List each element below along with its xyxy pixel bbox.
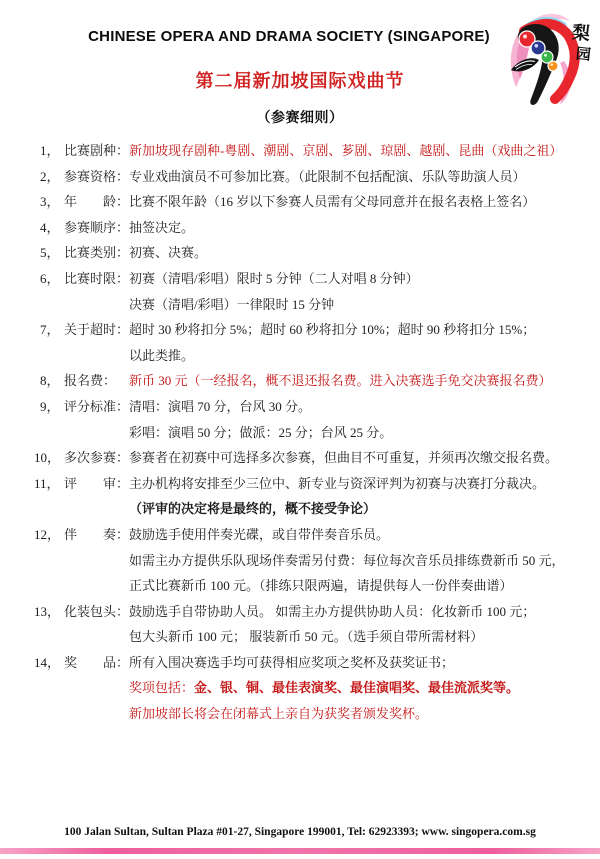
- rule-content-line: 新加坡部长将会在闭幕式上亲自为获奖者颁发奖杯。: [129, 701, 594, 727]
- rule-label: 伴 奏：: [64, 522, 129, 548]
- rule-item: 12，伴 奏：鼓励选手使用伴奏光碟，或自带伴奏音乐员。如需主办方提供乐队现场伴奏…: [34, 522, 594, 599]
- rule-label: 比赛剧种：: [64, 138, 129, 164]
- rule-content-line: 包大头新币 100 元； 服装新币 50 元。（选手须自带所需材料）: [129, 624, 594, 650]
- rule-label: 评分标准：: [64, 394, 129, 420]
- rule-text-segment: 初赛、决赛。: [129, 245, 207, 260]
- rule-number: 12，: [34, 522, 64, 548]
- rule-text-segment: 初赛（清唱/彩唱）限时 5 分钟（二人对唱 8 分钟）: [129, 271, 419, 286]
- rule-content-line: 所有入围决赛选手均可获得相应奖项之奖杯及获奖证书；: [129, 650, 594, 676]
- rule-content: 清唱：演唱 70 分，台风 30 分。彩唱：演唱 50 分；做派：25 分；台风…: [129, 394, 594, 445]
- rule-text-segment: 鼓励选手使用伴奏光碟，或自带伴奏音乐员。: [129, 527, 389, 542]
- rule-number: 9，: [34, 394, 64, 420]
- rule-text-segment: 新加坡现存剧种-粤剧、潮剧、京剧、芗剧、琼剧、越剧、昆曲（戏曲之祖）: [129, 143, 562, 158]
- rule-content-line: 鼓励选手自带协助人员。 如需主办方提供协助人员：化妆新币 100 元；: [129, 599, 594, 625]
- rule-number: 14，: [34, 650, 64, 676]
- rule-content: 新加坡现存剧种-粤剧、潮剧、京剧、芗剧、琼剧、越剧、昆曲（戏曲之祖）: [129, 138, 594, 164]
- rule-text-segment: 专业戏曲演员不可参加比赛。（此限制不包括配演、乐队等助演人员）: [129, 169, 526, 184]
- rule-number: 13，: [34, 599, 64, 625]
- rule-number: 7，: [34, 317, 64, 343]
- rule-text-segment: 金、银、铜、最佳表演奖、最佳演唱奖、最佳流派奖等。: [194, 680, 519, 695]
- rule-number: 8，: [34, 368, 64, 394]
- rule-text-segment: 新加坡部长将会在闭幕式上亲自为获奖者颁发奖杯。: [129, 706, 428, 721]
- rule-label: 年 龄：: [64, 189, 129, 215]
- rule-text-segment: 奖项包括：: [129, 680, 194, 695]
- rule-text-segment: 抽签决定。: [129, 220, 194, 235]
- pink-bottom-bar: [0, 848, 600, 854]
- rule-content: 参赛者在初赛中可选择多次参赛，但曲目不可重复，并须再次缴交报名费。: [129, 445, 594, 471]
- rules-list: 1，比赛剧种：新加坡现存剧种-粤剧、潮剧、京剧、芗剧、琼剧、越剧、昆曲（戏曲之祖…: [34, 138, 594, 727]
- society-name-heading: CHINESE OPERA AND DRAMA SOCIETY (SINGAPO…: [0, 28, 578, 45]
- rule-content-line: 抽签决定。: [129, 215, 594, 241]
- rules-subtitle: （参赛细则）: [0, 107, 600, 127]
- footer-address: 100 Jalan Sultan, Sultan Plaza #01-27, S…: [0, 826, 600, 838]
- rule-text-segment: 新币 30 元（一经报名，概不退还报名费。进入决赛选手免交决赛报名费）: [116, 373, 552, 388]
- rule-content-line: 清唱：演唱 70 分，台风 30 分。: [129, 394, 594, 420]
- rule-text-segment: 参赛者在初赛中可选择多次参赛，但曲目不可重复，并须再次缴交报名费。: [129, 450, 558, 465]
- rule-content-line: 新币 30 元（一经报名，概不退还报名费。进入决赛选手免交决赛报名费）: [116, 368, 594, 394]
- rule-label: 化装包头：: [64, 599, 129, 625]
- rule-item: 8，报名费： 新币 30 元（一经报名，概不退还报名费。进入决赛选手免交决赛报名…: [34, 368, 594, 394]
- festival-title: 第二届新加坡国际戏曲节: [0, 67, 600, 93]
- rule-item: 13，化装包头：鼓励选手自带协助人员。 如需主办方提供协助人员：化妆新币 100…: [34, 599, 594, 650]
- rule-content-line: 初赛（清唱/彩唱）限时 5 分钟（二人对唱 8 分钟）: [129, 266, 594, 292]
- rule-label: 关于超时：: [64, 317, 129, 343]
- rule-label: 多次参赛：: [64, 445, 129, 471]
- rule-item: 2，参赛资格：专业戏曲演员不可参加比赛。（此限制不包括配演、乐队等助演人员）: [34, 164, 594, 190]
- rule-content-line: 鼓励选手使用伴奏光碟，或自带伴奏音乐员。: [129, 522, 594, 548]
- rule-content-line: 初赛、决赛。: [129, 240, 594, 266]
- society-logo: 梨 园: [494, 3, 594, 118]
- rule-text-segment: 决赛（清唱/彩唱）一律限时 15 分钟: [129, 297, 334, 312]
- rule-label: 参赛顺序：: [64, 215, 129, 241]
- rule-number: 10，: [34, 445, 64, 471]
- rule-item: 5，比赛类别：初赛、决赛。: [34, 240, 594, 266]
- rule-content: 所有入围决赛选手均可获得相应奖项之奖杯及获奖证书；奖项包括：金、银、铜、最佳表演…: [129, 650, 594, 727]
- rule-item: 3，年 龄：比赛不限年龄（16 岁以下参赛人员需有父母同意并在报名表格上签名）: [34, 189, 594, 215]
- rule-content: 鼓励选手自带协助人员。 如需主办方提供协助人员：化妆新币 100 元；包大头新币…: [129, 599, 594, 650]
- rule-content: 专业戏曲演员不可参加比赛。（此限制不包括配演、乐队等助演人员）: [129, 164, 594, 190]
- rule-content: 主办机构将安排至少三位中、新专业与资深评判为初赛与决赛打分裁决。（评审的决定将是…: [129, 471, 594, 522]
- rule-content-line: 超时 30 秒将扣分 5%；超时 60 秒将扣分 10%；超时 90 秒将扣分 …: [129, 317, 594, 343]
- rule-number: 2，: [34, 164, 64, 190]
- rule-item: 9，评分标准：清唱：演唱 70 分，台风 30 分。彩唱：演唱 50 分；做派：…: [34, 394, 594, 445]
- rule-label: 参赛资格：: [64, 164, 129, 190]
- rule-content-line: 以此类推。: [129, 343, 594, 369]
- rule-text-segment: 包大头新币 100 元； 服装新币 50 元。（选手须自带所需材料）: [129, 629, 483, 644]
- rule-number: 6，: [34, 266, 64, 292]
- rule-number: 4，: [34, 215, 64, 241]
- rule-content-line: 彩唱：演唱 50 分；做派：25 分；台风 25 分。: [129, 420, 594, 446]
- liyuan-opera-butterfly-logo: 梨 园: [494, 3, 594, 118]
- rule-item: 14，奖 品：所有入围决赛选手均可获得相应奖项之奖杯及获奖证书；奖项包括：金、银…: [34, 650, 594, 727]
- rule-content-line: 新加坡现存剧种-粤剧、潮剧、京剧、芗剧、琼剧、越剧、昆曲（戏曲之祖）: [129, 138, 594, 164]
- rule-text-segment: 鼓励选手自带协助人员。 如需主办方提供协助人员：化妆新币 100 元；: [129, 604, 535, 619]
- document-page: CHINESE OPERA AND DRAMA SOCIETY (SINGAPO…: [0, 0, 600, 859]
- rule-text-segment: 彩唱：演唱 50 分；做派：25 分；台风 25 分。: [129, 425, 392, 440]
- rule-content: 新币 30 元（一经报名，概不退还报名费。进入决赛选手免交决赛报名费）: [116, 368, 594, 394]
- rule-content: 初赛（清唱/彩唱）限时 5 分钟（二人对唱 8 分钟）决赛（清唱/彩唱）一律限时…: [129, 266, 594, 317]
- logo-character-yuan: 园: [575, 45, 592, 63]
- rule-content: 超时 30 秒将扣分 5%；超时 60 秒将扣分 10%；超时 90 秒将扣分 …: [129, 317, 594, 368]
- rule-text-segment: 超时 30 秒将扣分 5%；超时 60 秒将扣分 10%；超时 90 秒将扣分 …: [129, 322, 535, 337]
- rule-text-segment: 如需主办方提供乐队现场伴奏需另付费：每位每次音乐员排练费新币 50 元，: [129, 553, 565, 568]
- rule-content-line: 奖项包括：金、银、铜、最佳表演奖、最佳演唱奖、最佳流派奖等。: [129, 675, 594, 701]
- rule-content-line: 决赛（清唱/彩唱）一律限时 15 分钟: [129, 292, 594, 318]
- rule-text-segment: 所有入围决赛选手均可获得相应奖项之奖杯及获奖证书；: [129, 655, 454, 670]
- rule-item: 7，关于超时：超时 30 秒将扣分 5%；超时 60 秒将扣分 10%；超时 9…: [34, 317, 594, 368]
- rule-content-line: 如需主办方提供乐队现场伴奏需另付费：每位每次音乐员排练费新币 50 元，: [129, 548, 594, 574]
- rule-content-line: 参赛者在初赛中可选择多次参赛，但曲目不可重复，并须再次缴交报名费。: [129, 445, 594, 471]
- rule-number: 1，: [34, 138, 64, 164]
- rule-item: 4，参赛顺序：抽签决定。: [34, 215, 594, 241]
- rule-content: 比赛不限年龄（16 岁以下参赛人员需有父母同意并在报名表格上签名）: [129, 189, 594, 215]
- rule-label: 比赛类别：: [64, 240, 129, 266]
- rule-text-segment: 正式比赛新币 100 元。（排练只限两遍，请提供每人一份伴奏曲谱）: [129, 578, 513, 593]
- rule-content: 抽签决定。: [129, 215, 594, 241]
- rule-label: 比赛时限：: [64, 266, 129, 292]
- rule-number: 5，: [34, 240, 64, 266]
- rule-text-segment: 比赛不限年龄（16 岁以下参赛人员需有父母同意并在报名表格上签名）: [129, 194, 535, 209]
- rule-label: 评 审：: [64, 471, 129, 497]
- rule-item: 11，评 审：主办机构将安排至少三位中、新专业与资深评判为初赛与决赛打分裁决。（…: [34, 471, 594, 522]
- rule-content-line: （评审的决定将是最终的，概不接受争论）: [129, 496, 594, 522]
- rule-content-line: 比赛不限年龄（16 岁以下参赛人员需有父母同意并在报名表格上签名）: [129, 189, 594, 215]
- rule-content: 初赛、决赛。: [129, 240, 594, 266]
- rule-text-segment: 以此类推。: [129, 348, 194, 363]
- rule-number: 3，: [34, 189, 64, 215]
- rule-content: 鼓励选手使用伴奏光碟，或自带伴奏音乐员。如需主办方提供乐队现场伴奏需另付费：每位…: [129, 522, 594, 599]
- rule-item: 10，多次参赛：参赛者在初赛中可选择多次参赛，但曲目不可重复，并须再次缴交报名费…: [34, 445, 594, 471]
- rule-label: 奖 品：: [64, 650, 129, 676]
- rule-number: 11，: [34, 471, 64, 497]
- rule-text-segment: （评审的决定将是最终的，概不接受争论）: [129, 501, 376, 516]
- rule-item: 6，比赛时限：初赛（清唱/彩唱）限时 5 分钟（二人对唱 8 分钟）决赛（清唱/…: [34, 266, 594, 317]
- rule-label: 报名费：: [64, 368, 116, 394]
- rule-text-segment: 主办机构将安排至少三位中、新专业与资深评判为初赛与决赛打分裁决。: [129, 476, 545, 491]
- logo-character-li: 梨: [571, 21, 591, 44]
- rule-item: 1，比赛剧种：新加坡现存剧种-粤剧、潮剧、京剧、芗剧、琼剧、越剧、昆曲（戏曲之祖…: [34, 138, 594, 164]
- rule-content-line: 专业戏曲演员不可参加比赛。（此限制不包括配演、乐队等助演人员）: [129, 164, 594, 190]
- rule-content-line: 主办机构将安排至少三位中、新专业与资深评判为初赛与决赛打分裁决。: [129, 471, 594, 497]
- rule-text-segment: 清唱：演唱 70 分，台风 30 分。: [129, 399, 311, 414]
- rule-content-line: 正式比赛新币 100 元。（排练只限两遍，请提供每人一份伴奏曲谱）: [129, 573, 594, 599]
